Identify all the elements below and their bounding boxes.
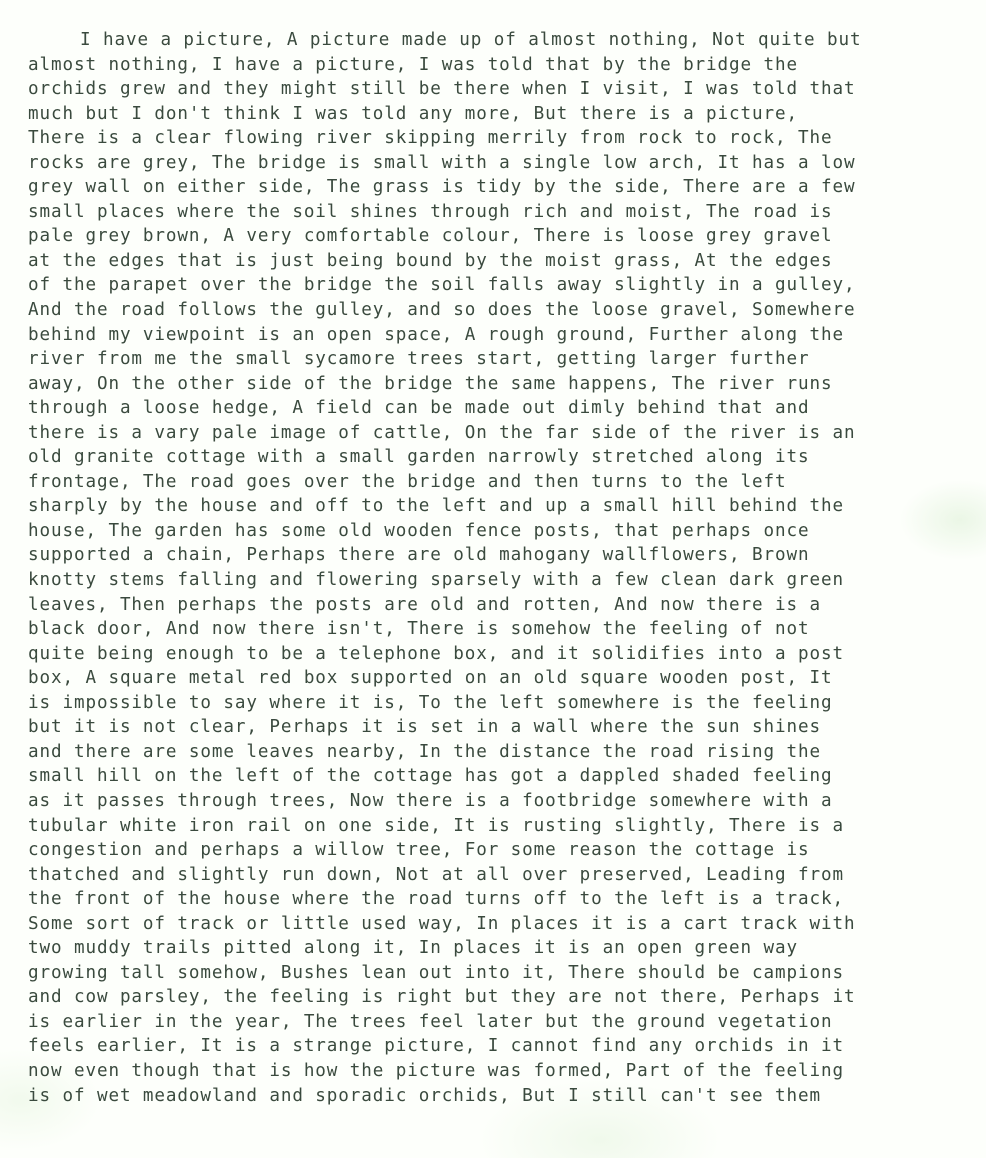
text-line: at the edges that is just being bound by… (28, 249, 958, 274)
text-line: much but I don't think I was told any mo… (28, 102, 958, 127)
text-line: old granite cottage with a small garden … (28, 445, 958, 470)
text-line: And the road follows the gulley, and so … (28, 298, 958, 323)
text-line: There is a clear flowing river skipping … (28, 126, 958, 151)
text-line: almost nothing, I have a picture, I was … (28, 53, 958, 78)
text-line: behind my viewpoint is an open space, A … (28, 323, 958, 348)
text-line: and cow parsley, the feeling is right bu… (28, 985, 958, 1010)
text-line: river from me the small sycamore trees s… (28, 347, 958, 372)
text-line: house, The garden has some old wooden fe… (28, 519, 958, 544)
text-line: there is a vary pale image of cattle, On… (28, 421, 958, 446)
text-line: I have a picture, A picture made up of a… (28, 28, 958, 53)
text-line: now even though that is how the picture … (28, 1059, 958, 1084)
text-line: small hill on the left of the cottage ha… (28, 764, 958, 789)
text-line: rocks are grey, The bridge is small with… (28, 151, 958, 176)
text-line: orchids grew and they might still be the… (28, 77, 958, 102)
text-line: supported a chain, Perhaps there are old… (28, 543, 958, 568)
text-line: tubular white iron rail on one side, It … (28, 814, 958, 839)
text-line: sharply by the house and off to the left… (28, 494, 958, 519)
text-line: as it passes through trees, Now there is… (28, 789, 958, 814)
text-line: leaves, Then perhaps the posts are old a… (28, 593, 958, 618)
text-line: away, On the other side of the bridge th… (28, 372, 958, 397)
text-line: congestion and perhaps a willow tree, Fo… (28, 838, 958, 863)
text-line: knotty stems falling and flowering spars… (28, 568, 958, 593)
text-line: is impossible to say where it is, To the… (28, 691, 958, 716)
text-line: quite being enough to be a telephone box… (28, 642, 958, 667)
text-line: black door, And now there isn't, There i… (28, 617, 958, 642)
text-line: but it is not clear, Perhaps it is set i… (28, 715, 958, 740)
text-line: and there are some leaves nearby, In the… (28, 740, 958, 765)
text-line: frontage, The road goes over the bridge … (28, 470, 958, 495)
text-line: grey wall on either side, The grass is t… (28, 175, 958, 200)
text-line: is earlier in the year, The trees feel l… (28, 1010, 958, 1035)
text-line: the front of the house where the road tu… (28, 887, 958, 912)
text-line: pale grey brown, A very comfortable colo… (28, 224, 958, 249)
text-line: box, A square metal red box supported on… (28, 666, 958, 691)
text-line: feels earlier, It is a strange picture, … (28, 1034, 958, 1059)
text-line: small places where the soil shines throu… (28, 200, 958, 225)
text-line: Some sort of track or little used way, I… (28, 912, 958, 937)
typed-prose-text: I have a picture, A picture made up of a… (28, 28, 958, 1108)
text-line: of the parapet over the bridge the soil … (28, 273, 958, 298)
text-line: growing tall somehow, Bushes lean out in… (28, 961, 958, 986)
text-line: thatched and slightly run down, Not at a… (28, 863, 958, 888)
text-line: two muddy trails pitted along it, In pla… (28, 936, 958, 961)
text-line: through a loose hedge, A field can be ma… (28, 396, 958, 421)
text-line: is of wet meadowland and sporadic orchid… (28, 1084, 958, 1109)
